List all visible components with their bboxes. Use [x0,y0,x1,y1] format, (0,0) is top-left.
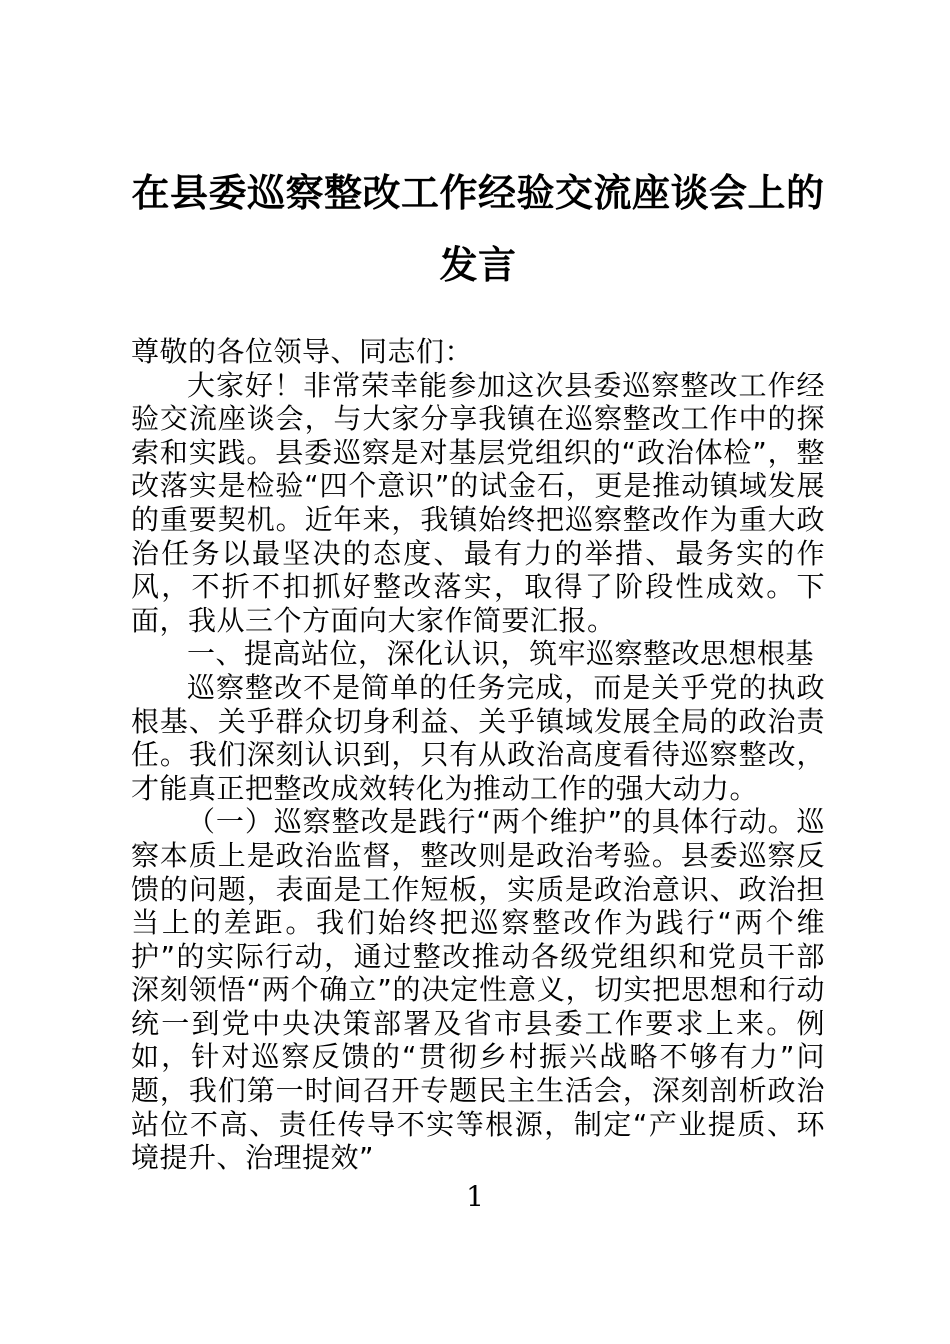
document-body: 尊敬的各位领导、同志们： 大家好！非常荣幸能参加这次县委巡察整改工作经验交流座谈… [131,335,825,1175]
paragraph-subsection-1-1: （一）巡察整改是践行“两个维护”的具体行动。巡察本质上是政治监督，整改则是政治考… [131,805,825,1175]
document-title-line-2: 发言 [131,229,825,301]
section-heading-1: 一、提高站位，深化认识，筑牢巡察整改思想根基 [131,637,825,671]
page-number: 1 [0,1182,950,1212]
page-canvas: 在县委巡察整改工作经验交流座谈会上的 发言 尊敬的各位领导、同志们： 大家好！非… [0,0,950,1344]
document-title: 在县委巡察整改工作经验交流座谈会上的 发言 [131,157,825,301]
paragraph-opening: 大家好！非常荣幸能参加这次县委巡察整改工作经验交流座谈会，与大家分享我镇在巡察整… [131,369,825,638]
document-title-line-1: 在县委巡察整改工作经验交流座谈会上的 [131,157,825,229]
salutation-line: 尊敬的各位领导、同志们： [131,335,825,369]
paragraph-section-1-intro: 巡察整改不是简单的任务完成，而是关乎党的执政根基、关乎群众切身利益、关乎镇域发展… [131,671,825,805]
document-page: { "document": { "title_lines": [ "在县委巡察整… [0,0,950,1344]
